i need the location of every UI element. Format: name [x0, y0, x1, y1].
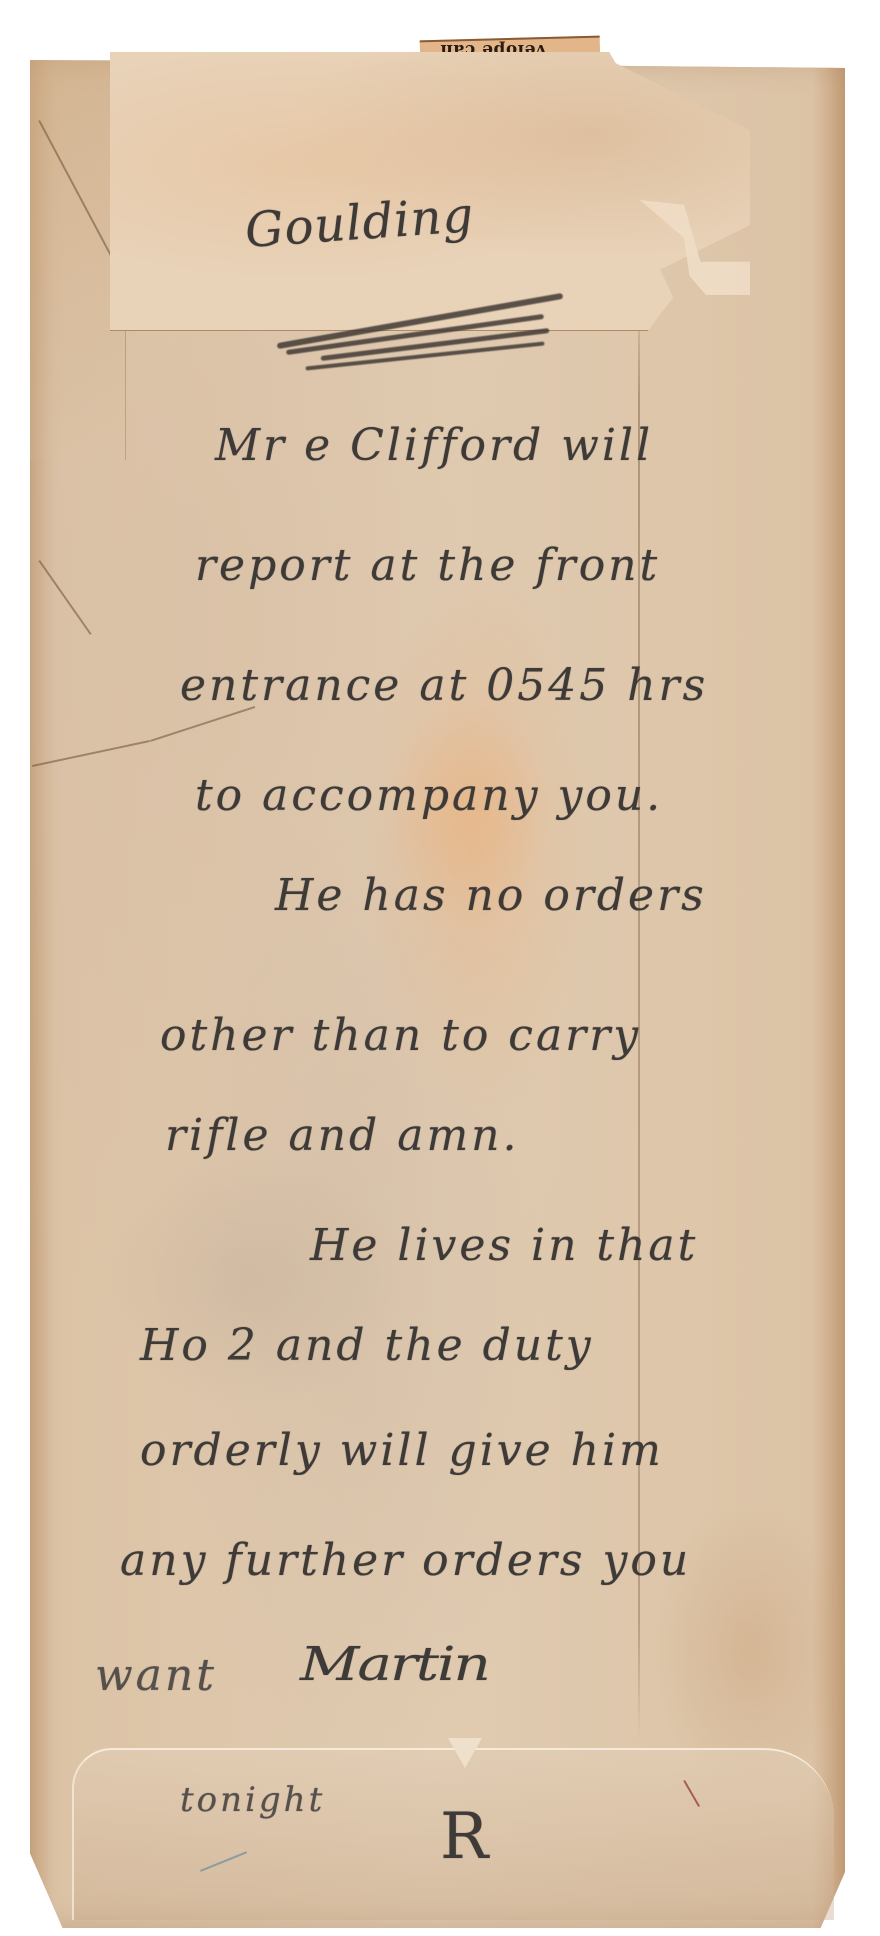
body-line-9: Ho 2 and the duty: [140, 1320, 594, 1371]
body-line-6: other than to carry: [160, 1010, 641, 1061]
body-line-8: He lives in that: [310, 1220, 698, 1271]
body-line-2: report at the front: [195, 540, 660, 591]
body-line-1: Mr e Clifford will: [215, 420, 653, 471]
body-line-5: He has no orders: [275, 870, 707, 921]
body-line-12: want: [95, 1650, 217, 1701]
bottom-flap-text: tonight: [180, 1780, 325, 1820]
body-line-3: entrance at 0545 hrs: [180, 660, 708, 711]
body-line-11: any further orders you: [120, 1535, 691, 1586]
body-line-4: to accompany you.: [195, 770, 663, 821]
bottom-flap-monogram: R: [440, 1800, 491, 1874]
body-line-7: rifle and amn.: [165, 1110, 520, 1161]
body-line-10: orderly will give him: [140, 1425, 664, 1476]
signature: Martin: [300, 1637, 489, 1691]
